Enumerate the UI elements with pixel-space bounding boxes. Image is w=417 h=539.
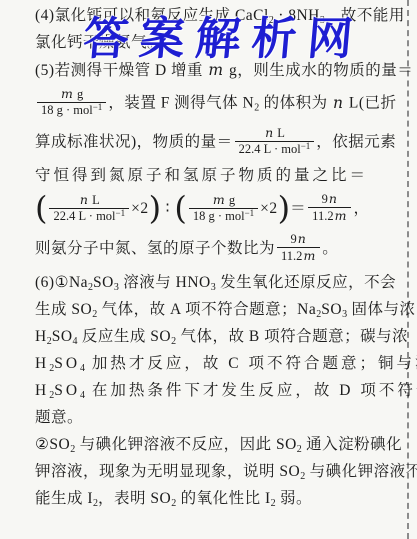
fraction: n L22.4 L · mol−1 [235, 125, 315, 157]
fraction: m g18 g · mol−1 [189, 192, 258, 224]
big-parenthesis: ) [149, 189, 161, 227]
big-parenthesis: ( [35, 189, 47, 227]
text-line: H2SO4 反应生成 SO2 气体，故 B 项符合题意；碳与浓 [35, 327, 400, 347]
fraction: m g18 g · mol−1 [37, 86, 106, 118]
text-line: 能生成 I2，表明 SO2 的氧化性比 I2 弱。 [35, 489, 400, 509]
fraction: n L22.4 L · mol−1 [49, 192, 129, 224]
text-line: 算成标准状况)，物质的量＝n L22.4 L · mol−1，依据元素 [35, 127, 400, 159]
watermark: 答案解析网 [81, 2, 367, 67]
text-line: m g18 g · mol−1，装置 F 测得气体 N2 的体积为 n L(已折 [35, 88, 400, 120]
text-line: 钾溶液，现象为无明显现象，说明 SO2 与碘化钾溶液不 [35, 462, 400, 482]
big-parenthesis: ( [174, 189, 186, 227]
scanned-answer-page: 答案解析网 (4)氯化钙可以和氨反应生成 CaCl2 · 8NH3，故不能用氯化… [0, 0, 417, 539]
text-line: 守恒得到氮原子和氢原子物质的量之比＝ [35, 166, 400, 186]
answer-text: (4)氯化钙可以和氨反应生成 CaCl2 · 8NH3，故不能用氯化钙干燥氨气。… [35, 6, 400, 516]
text-line: (n L22.4 L · mol−1×2) ∶ (m g18 g · mol−1… [35, 193, 400, 226]
text-line: 则氨分子中氮、氢的原子个数比为9n11.2m。 [35, 233, 400, 266]
text-line: 题意。 [35, 408, 400, 428]
big-parenthesis: ) [278, 189, 290, 227]
text-line: 生成 SO2 气体，故 A 项不符合题意；Na2SO3 固体与浓 [35, 300, 400, 320]
text-line: ②SO2 与碘化钾溶液不反应，因此 SO2 通入淀粉碘化 [35, 435, 400, 455]
fraction: 9n11.2m [308, 191, 351, 224]
text-line: H2SO4 加热才反应，故 C 项不符合题意；铜与浓 [35, 354, 400, 374]
text-line: (6)①Na2SO3 溶液与 HNO3 发生氧化还原反应，不会 [35, 273, 400, 293]
fraction: 9n11.2m [277, 231, 320, 264]
text-line: H2SO4 在加热条件下才发生反应，故 D 项不符合 [35, 381, 400, 401]
page-fold-divider [407, 0, 409, 539]
